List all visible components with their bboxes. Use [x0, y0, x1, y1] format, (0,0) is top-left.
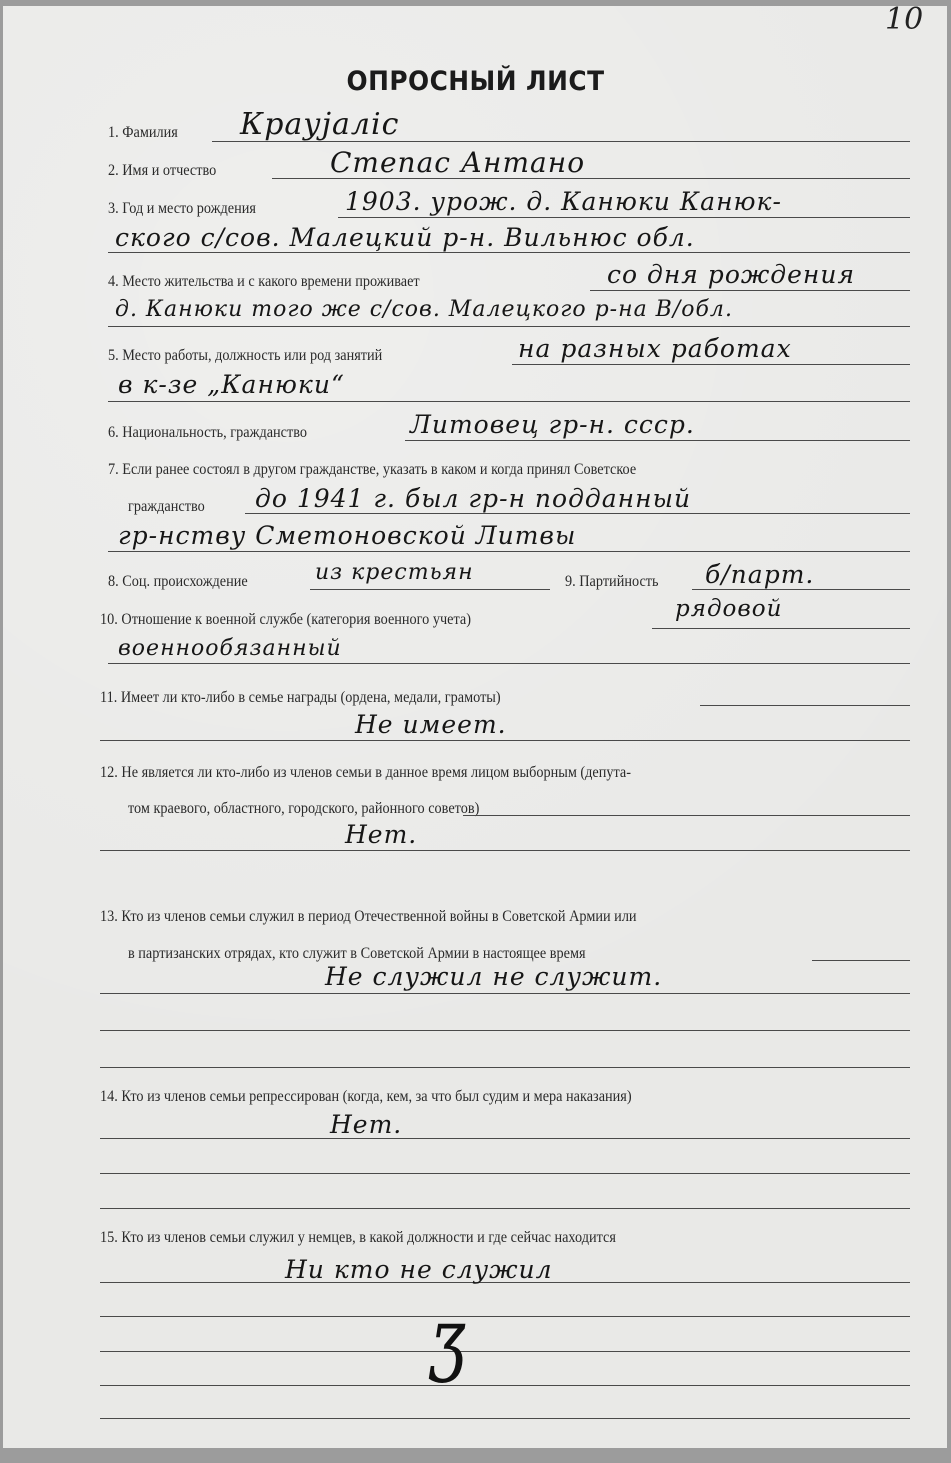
field-3-answer-1: 1903. урож. д. Канюки Канюк-: [345, 187, 782, 216]
field-13-line-1: [812, 960, 910, 961]
field-4-line-1: [590, 290, 910, 291]
field-9-label: 9. Партийность: [565, 573, 659, 591]
field-13-label: 13. Кто из членов семьи служил в период …: [100, 908, 637, 926]
field-13-line-3: [100, 1030, 910, 1031]
field-15-answer: Ни кто не служил: [285, 1255, 553, 1284]
field-12-line-1: [463, 815, 910, 816]
field-3-line-1: [338, 217, 910, 218]
field-6-answer: Литовец гр-н. ссср.: [410, 410, 695, 439]
field-14-line-3: [100, 1208, 910, 1209]
field-15-label: 15. Кто из членов семьи служил у немцев,…: [100, 1229, 616, 1247]
field-7-label-2: гражданство: [128, 498, 205, 516]
field-10-line-1: [652, 628, 910, 629]
field-5-answer-2: в к-зе „Канюки“: [118, 370, 345, 399]
field-8-line: [310, 589, 550, 590]
field-2-label: 2. Имя и отчество: [108, 162, 216, 180]
field-15-line-5: [100, 1418, 910, 1419]
field-5-line-2: [108, 401, 910, 402]
field-12-line-2: [100, 850, 910, 851]
field-6-label: 6. Национальность, гражданство: [108, 424, 307, 442]
signature: Ʒ: [430, 1308, 466, 1401]
field-11-label: 11. Имеет ли кто-либо в семье награды (о…: [100, 689, 501, 707]
page-title: ОПРОСНЫЙ ЛИСТ: [38, 66, 913, 97]
field-7-answer-2: гр-нству Сметоновской Литвы: [118, 521, 576, 550]
field-15-line-4: [100, 1385, 910, 1386]
field-10-answer-2: военнообязанный: [118, 636, 342, 661]
field-14-label: 14. Кто из членов семьи репрессирован (к…: [100, 1088, 632, 1106]
field-7-line-1: [245, 513, 910, 514]
field-5-line-1: [512, 364, 910, 365]
field-1-answer: Краујаліс: [240, 107, 399, 142]
field-3-line-2: [108, 252, 910, 253]
field-9-line: [692, 589, 910, 590]
field-1-label: 1. Фамилия: [108, 124, 178, 142]
field-14-line-2: [100, 1173, 910, 1174]
field-5-label: 5. Место работы, должность или род занят…: [108, 347, 382, 365]
field-4-line-2: [108, 326, 910, 327]
field-6-line: [405, 440, 910, 441]
field-11-line-2: [100, 740, 910, 741]
field-9-answer: б/парт.: [705, 560, 814, 589]
field-7-label: 7. Если ранее состоял в другом гражданст…: [108, 461, 636, 479]
field-14-answer: Нет.: [330, 1110, 402, 1139]
field-10-answer-1: рядовой: [675, 596, 782, 622]
separator-line: [100, 1067, 910, 1068]
field-12-label-2: том краевого, областного, городского, ра…: [128, 800, 479, 818]
field-7-answer-1: до 1941 г. был гр-н подданный: [255, 484, 691, 513]
field-13-label-2: в партизанских отрядах, кто служит в Сов…: [128, 945, 586, 963]
field-10-line-2: [108, 663, 910, 664]
field-5-answer-1: на разных работах: [518, 334, 792, 363]
field-13-line-2: [100, 993, 910, 994]
field-15-line-2: [100, 1316, 910, 1317]
field-3-answer-2: ского с/сов. Малецкий р-н. Вильнюс обл.: [115, 223, 695, 252]
field-13-answer: Не служил не служит.: [325, 962, 662, 991]
field-2-answer: Степас Антано: [330, 146, 585, 179]
field-10-label: 10. Отношение к военной службе (категори…: [100, 611, 471, 629]
field-11-answer: Не имеет.: [355, 710, 507, 739]
field-15-line-3: [100, 1351, 910, 1352]
field-14-line-1: [100, 1138, 910, 1139]
page-number: 10: [885, 2, 923, 37]
field-7-line-2: [108, 551, 910, 552]
field-8-answer: из крестьян: [315, 560, 474, 585]
field-12-label: 12. Не является ли кто-либо из членов се…: [100, 764, 631, 782]
field-12-answer: Нет.: [345, 820, 417, 849]
field-11-line-1: [700, 705, 910, 706]
field-4-label: 4. Место жительства и с какого времени п…: [108, 273, 420, 291]
field-3-label: 3. Год и место рождения: [108, 200, 256, 218]
field-4-answer-1: со дня рождения: [607, 260, 855, 289]
field-4-answer-2: д. Канюки того же с/сов. Малецкого р-на …: [115, 297, 733, 322]
field-8-label: 8. Соц. происхождение: [108, 573, 248, 591]
